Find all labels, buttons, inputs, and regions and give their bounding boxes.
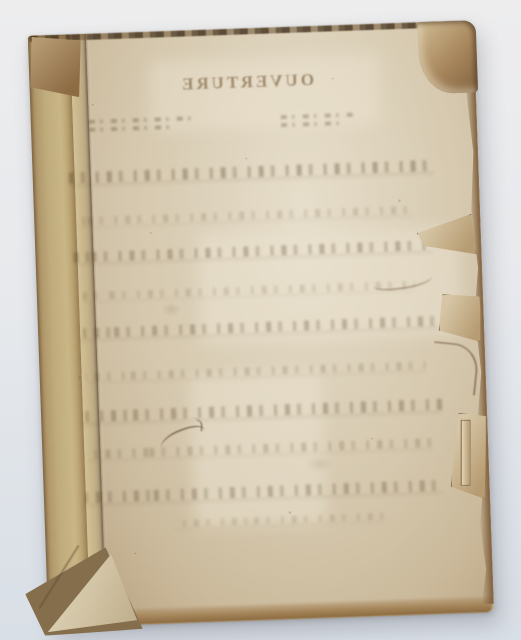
folded-bottom-left-corner: [24, 544, 159, 637]
photo-background: OUVERTURE: [0, 0, 521, 640]
sheet-music-booklet: OUVERTURE: [28, 20, 494, 627]
torn-paper-sliver: [461, 420, 471, 486]
foxing-speckles: [28, 20, 494, 627]
